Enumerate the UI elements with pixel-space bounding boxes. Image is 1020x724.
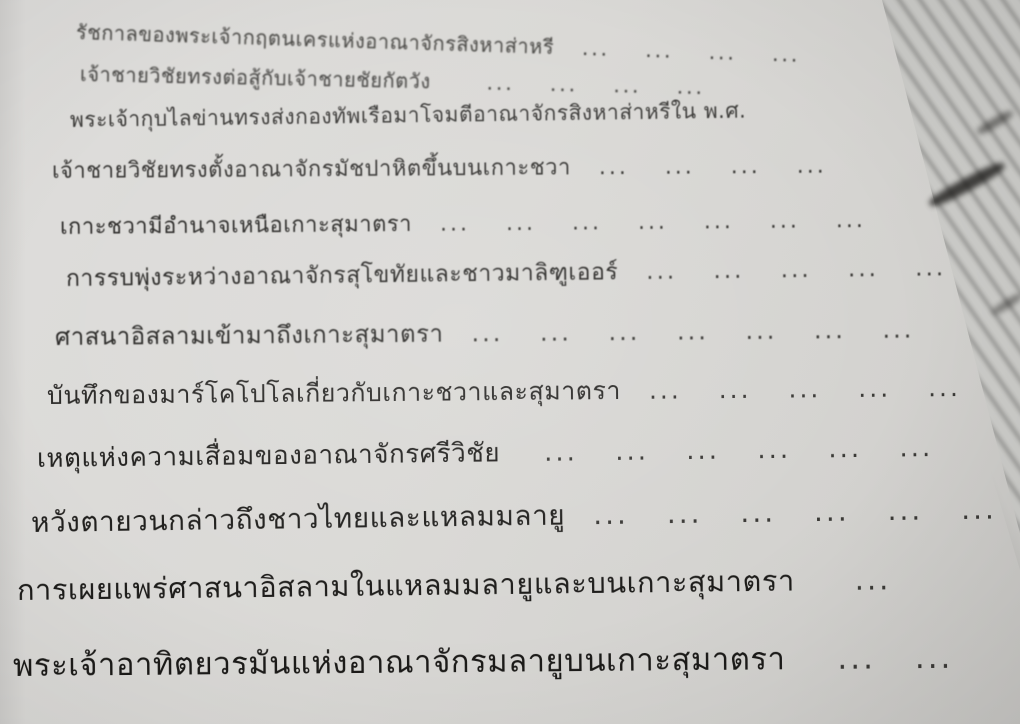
- toc-entry-title: พระเจ้ากุบไลข่านทรงส่งกองทัพเรือมาโจมตีอ…: [70, 99, 747, 132]
- dot-leader: ... ... ... ... ... ... ...: [471, 316, 914, 348]
- toc-entry-title: พระเจ้าอาทิตยวรมันแห่งอาณาจักรมลายูบนเกา…: [13, 641, 786, 684]
- dot-leader: ... ... ... ... ...: [646, 255, 946, 285]
- toc-entry-title: เจ้าชายวิชัยทรงตั้งอาณาจักรมัชปาหิตขึ้นบ…: [52, 155, 571, 184]
- dot-leader: ... ... ... ... ... ...: [544, 433, 933, 468]
- dot-leader: ...: [854, 562, 891, 596]
- toc-entry: ศาสนาอิสลามเข้ามาถึงเกาะสุมาตรา... ... .…: [55, 310, 915, 356]
- toc-entry-title: การเผยแพร่ศาสนาอิสลามในแหลมมลายูและบนเกา…: [17, 563, 795, 606]
- page-gutter-shadow: [0, 0, 26, 724]
- toc-entry: เหตุแห่งความเสื่อมของอาณาจักรศรีวิชัย...…: [37, 427, 934, 479]
- toc-entry: พระเจ้าอาทิตยวรมันแห่งอาณาจักรมลายูบนเกา…: [13, 632, 954, 690]
- toc-entry: หวังตายวนกล่าวถึงชาวไทยและแหลมมลายู... .…: [31, 488, 997, 545]
- toc-entry: การเผยแพร่ศาสนาอิสลามในแหลมมลายูและบนเกา…: [17, 556, 892, 613]
- dot-leader: ... ... ... ...: [582, 36, 801, 67]
- dot-leader: ... ... ... ...: [599, 154, 827, 181]
- toc-entry-title: เหตุแห่งความเสื่อมของอาณาจักรศรีวิชัย: [37, 438, 500, 474]
- book-page-photo: รัชกาลของพระเจ้ากฤตนเครแห่งอาณาจักรสิงหา…: [0, 0, 1020, 724]
- toc-entry-title: รัชกาลของพระเจ้ากฤตนเครแห่งอาณาจักรสิงหา…: [76, 20, 555, 59]
- toc-entry-title: บันทึกของมาร์โคโปโลเกี่ยวกับเกาะชวาและสุ…: [47, 376, 621, 410]
- dot-leader: ... ... ... ... ...: [649, 373, 961, 405]
- toc-entry: บันทึกของมาร์โคโปโลเกี่ยวกับเกาะชวาและสุ…: [47, 368, 961, 416]
- toc-entry: การรบพุ่งระหว่างอาณาจักรสุโขทัยและชาวมาล…: [66, 250, 947, 297]
- toc-entry-title: การรบพุ่งระหว่างอาณาจักรสุโขทัยและชาวมาล…: [66, 259, 619, 292]
- toc-entry-title: เจ้าชายวิชัยทรงต่อสู้กับเจ้าชายชัยกัตวัง: [80, 62, 431, 93]
- toc-entry-title: เกาะชวามีอำนาจเหนือเกาะสุมาตรา: [60, 212, 412, 240]
- toc-entry-title: ศาสนาอิสลามเข้ามาถึงเกาะสุมาตรา: [55, 320, 444, 351]
- dot-leader: ... ... ... ... ... ... ...: [440, 208, 866, 237]
- toc-entry-title: หวังตายวนกล่าวถึงชาวไทยและแหลมมลายู: [31, 499, 566, 539]
- dot-leader: ... ...: [837, 640, 953, 677]
- dot-leader: ... ... ... ... ... ...: [593, 493, 997, 532]
- toc-entry: พระเจ้ากุบไลข่านทรงส่งกองทัพเรือมาโจมตีอ…: [70, 94, 775, 137]
- toc-entry: เกาะชวามีอำนาจเหนือเกาะสุมาตรา... ... ..…: [60, 202, 866, 244]
- toc-entry: เจ้าชายวิชัยทรงตั้งอาณาจักรมัชปาหิตขึ้นบ…: [52, 148, 827, 188]
